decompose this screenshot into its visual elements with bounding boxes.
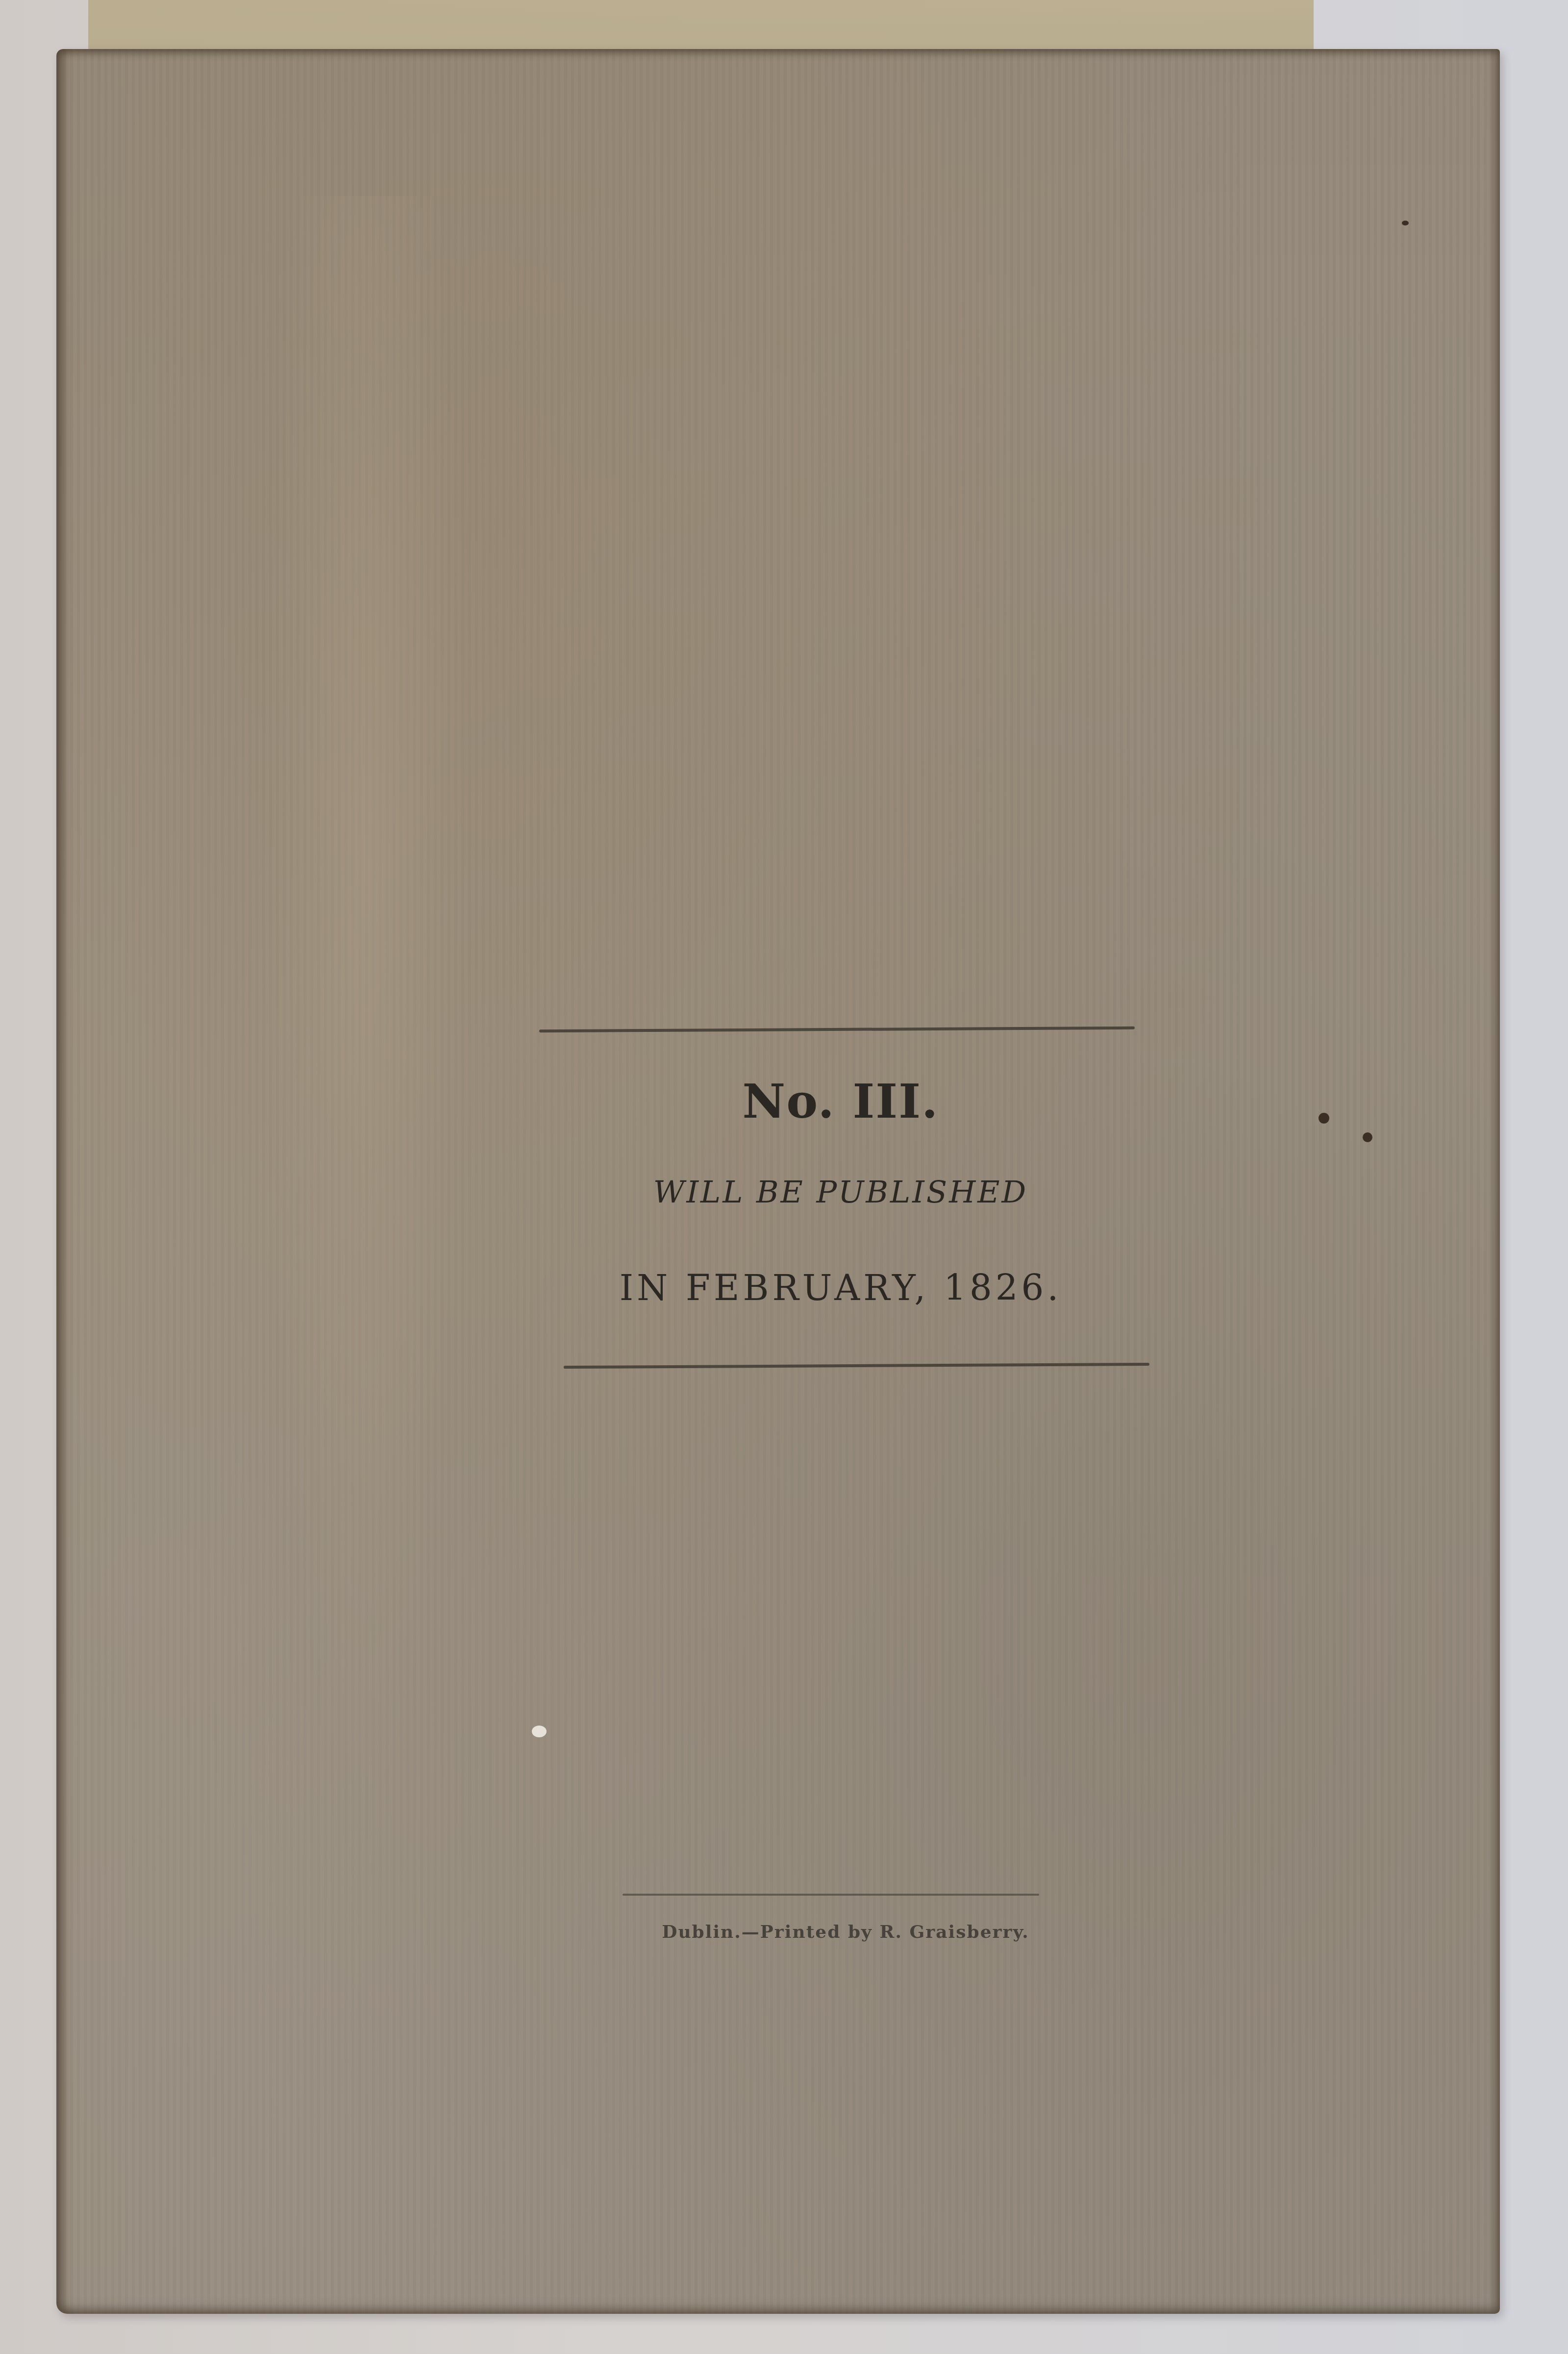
issue-number: No. III. [539, 1074, 1142, 1129]
foxing-spot [1402, 221, 1409, 225]
paper-damage [532, 1726, 547, 1737]
printer-imprint: Dublin.—Printed by R. Graisberry. [588, 1922, 1103, 1942]
water-stain [262, 196, 468, 1814]
imprint-rule [622, 1894, 1039, 1896]
announcement-text: WILL BE PUBLISHED [539, 1174, 1142, 1210]
foxing-spot [1363, 1132, 1372, 1142]
foxing-spot [1319, 1113, 1329, 1124]
publication-date: IN FEBRUARY, 1826. [539, 1267, 1142, 1308]
